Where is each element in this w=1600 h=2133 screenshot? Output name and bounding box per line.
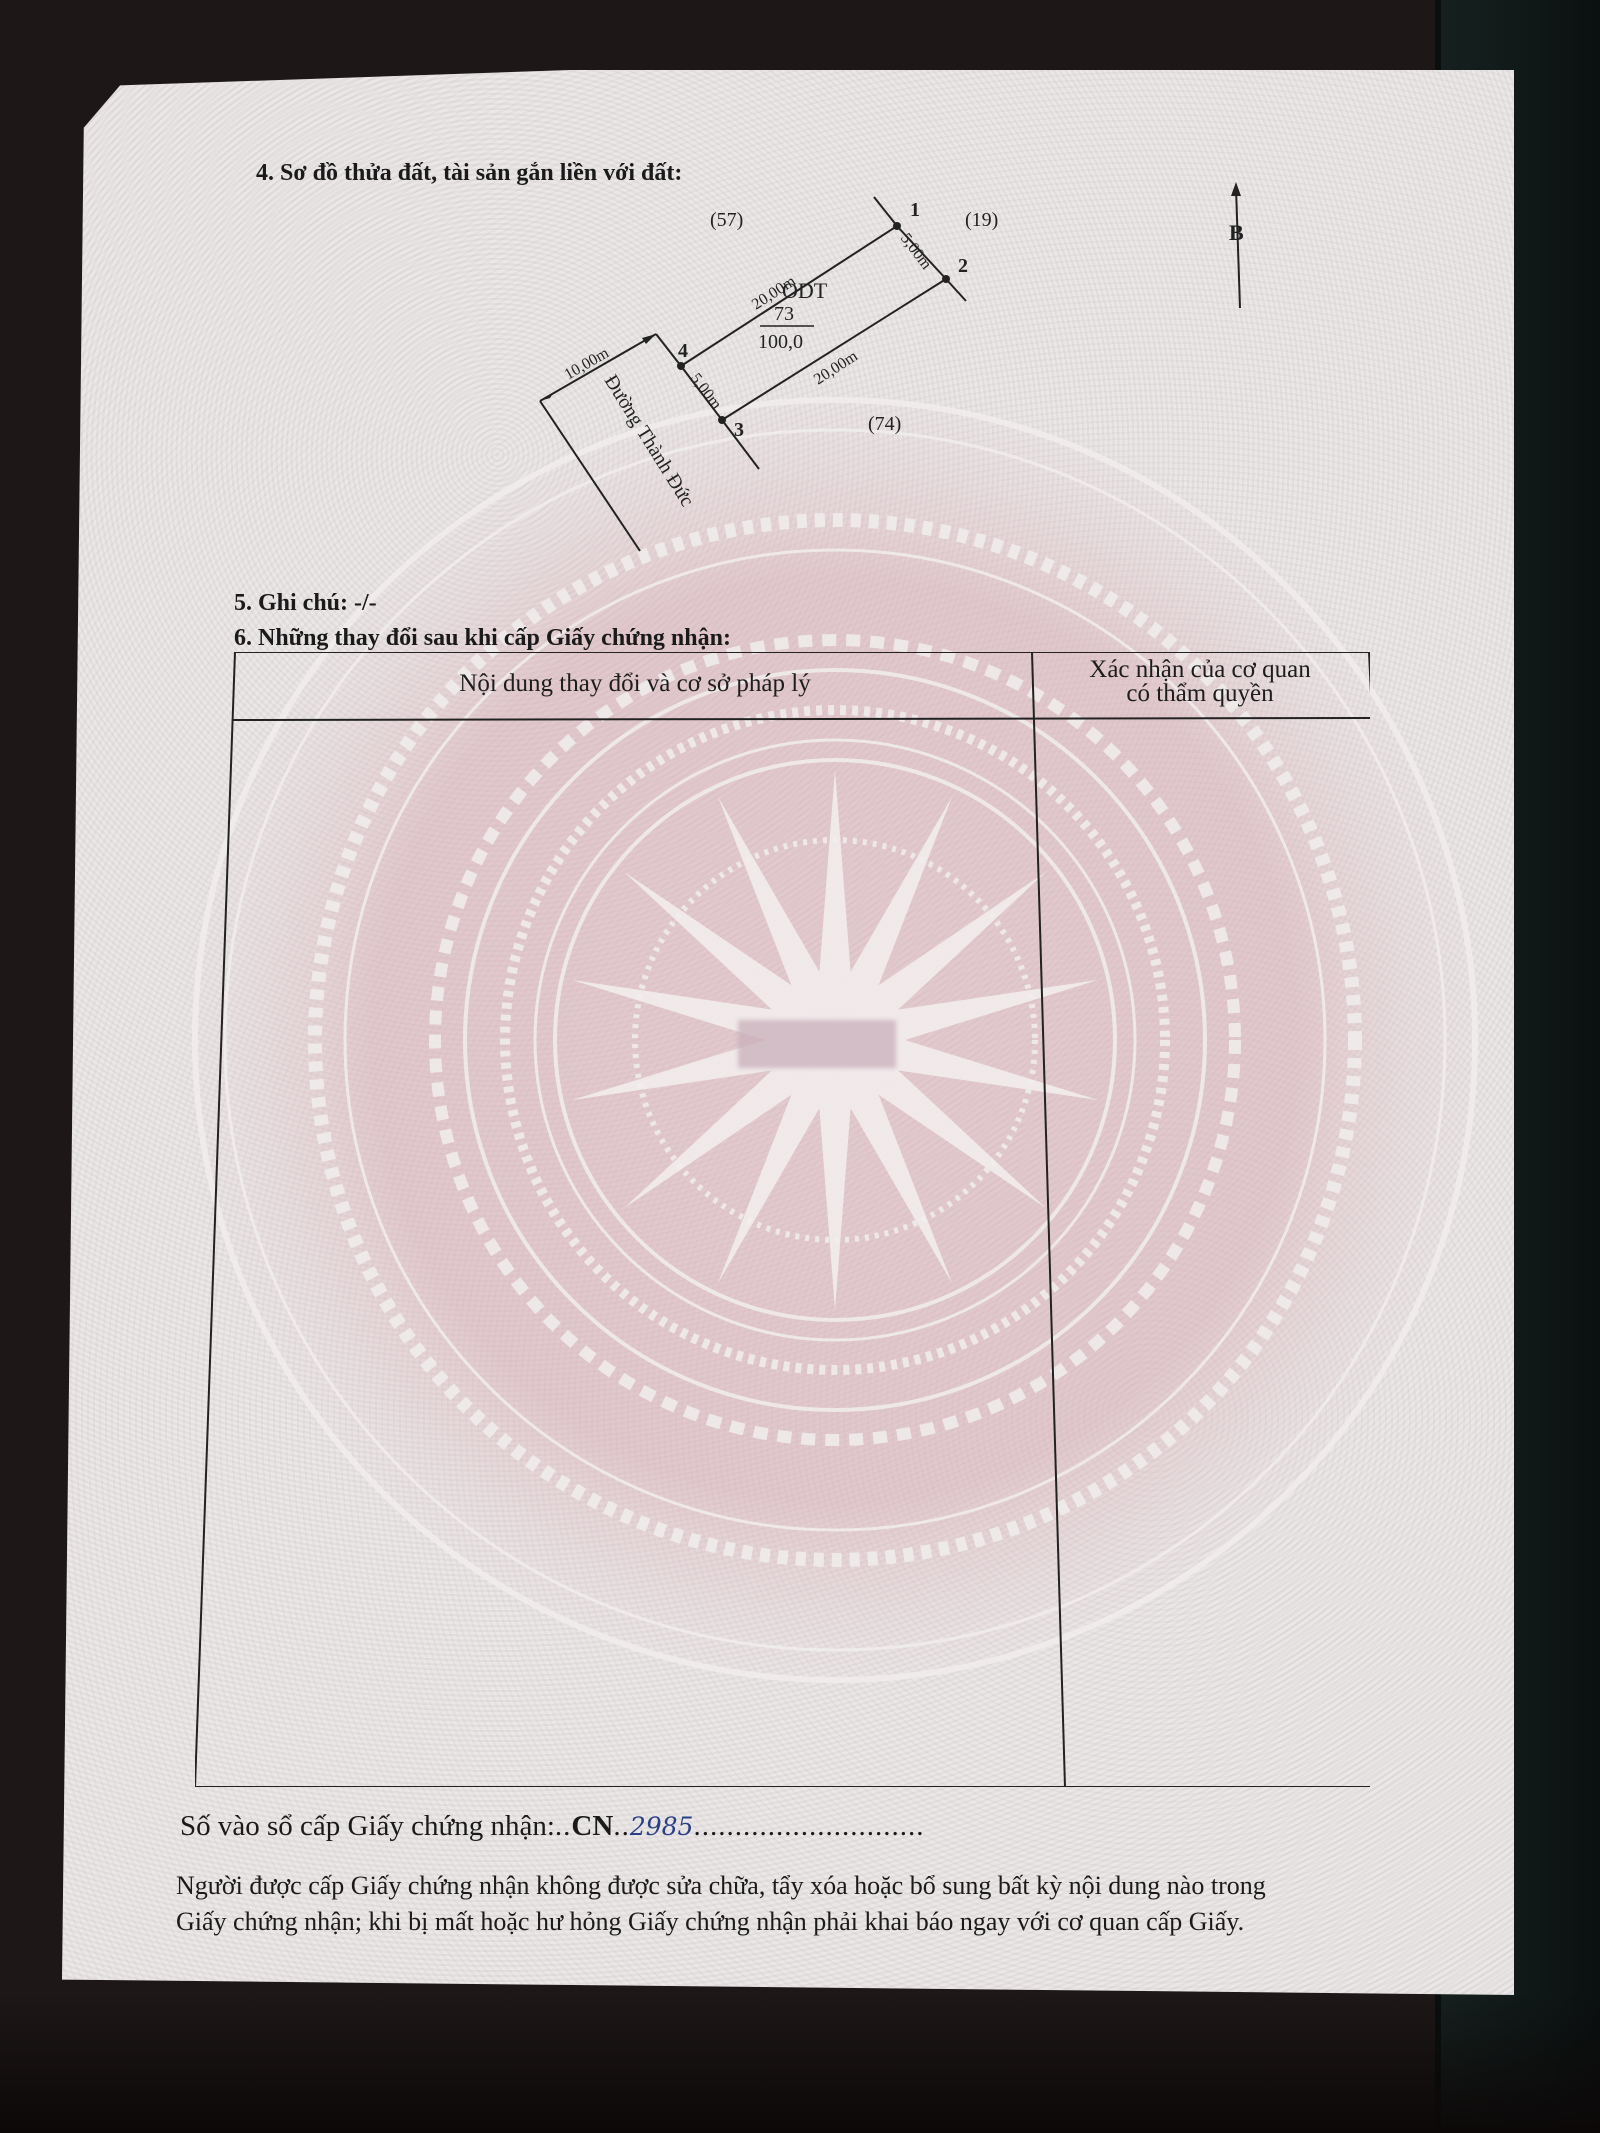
north-arrow-icon: B	[1210, 180, 1270, 320]
edge-1-2-length: 5,00m	[897, 230, 935, 273]
legal-notice: Người được cấp Giấy chứng nhận không đượ…	[176, 1868, 1426, 1940]
parcel-area: 100,0	[758, 331, 803, 353]
legal-notice-line-1: Người được cấp Giấy chứng nhận không đượ…	[176, 1868, 1426, 1904]
section-5-heading: 5. Ghi chú: -/-	[234, 590, 377, 617]
column-header-content: Nội dung thay đổi và cơ sở pháp lý	[240, 672, 1030, 696]
vertex-2: 2	[958, 255, 968, 277]
neighbor-parcel-19: (19)	[965, 209, 998, 231]
section-6-heading: 6. Những thay đổi sau khi cấp Giấy chứng…	[234, 625, 731, 652]
edge-2-3-length: 20,00m	[811, 347, 861, 388]
trailing-dots: ............................	[693, 1810, 924, 1842]
vertex-3: 3	[734, 419, 744, 441]
parcel-sketch: (57) (19) (74) 1 2 3 4 ODT 73 100,0 20,0…	[500, 180, 1060, 560]
column-header-confirmation-line2: có thẩm quyền	[1040, 682, 1360, 706]
handwritten-registration-number: 2985	[630, 1812, 694, 1841]
registration-label: Số vào sổ cấp Giấy chứng nhận:	[180, 1810, 555, 1842]
road-name: Đường Thành Đức	[600, 371, 699, 511]
neighbor-parcel-74: (74)	[868, 413, 901, 435]
background-shadow	[0, 1993, 1600, 2133]
registration-number-line: Số vào sổ cấp Giấy chứng nhận:..CN..2985…	[180, 1810, 924, 1843]
column-header-confirmation: Xác nhận của cơ quan có thẩm quyền	[1040, 658, 1360, 706]
vertex-4: 4	[678, 340, 688, 362]
north-label: B	[1229, 220, 1244, 245]
legal-notice-line-2: Giấy chứng nhận; khi bị mất hoặc hư hỏng…	[176, 1904, 1426, 1940]
parcel-number: 73	[774, 303, 794, 325]
changes-table	[195, 652, 1370, 1787]
column-header-confirmation-line1: Xác nhận của cơ quan	[1040, 658, 1360, 682]
edge-3-4-length: 5,00m	[687, 370, 725, 413]
leader-dots: ..	[555, 1810, 572, 1842]
vertex-1: 1	[910, 199, 920, 221]
leader-dots-mid: ..	[613, 1810, 630, 1842]
neighbor-parcel-57: (57)	[710, 209, 743, 231]
registration-prefix: CN	[571, 1810, 613, 1842]
